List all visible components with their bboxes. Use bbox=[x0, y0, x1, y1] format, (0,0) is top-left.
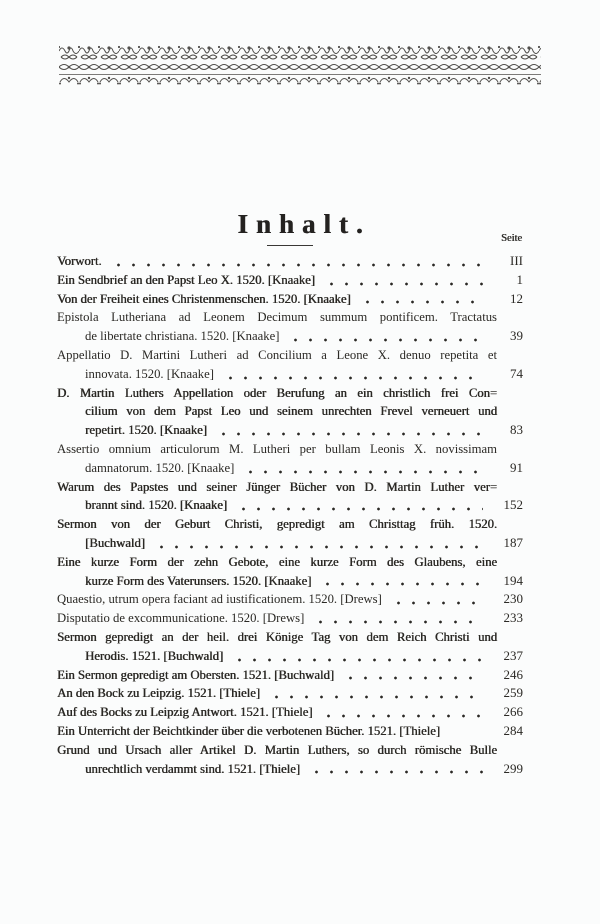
entry-line: Grund und Ursach aller Artikel D. Martin… bbox=[57, 741, 497, 760]
dot-leader bbox=[243, 470, 483, 474]
dot-leader bbox=[391, 601, 483, 605]
entry-line: Appellatio D. Martini Lutheri ad Concili… bbox=[57, 346, 497, 365]
entry-text: Herodis. 1521. [Buchwald] bbox=[85, 647, 223, 666]
entry-text: Disputatio de excommunicatione. 1520. [D… bbox=[57, 609, 304, 628]
entry-text: unrechtlich verdammt sind. 1521. [Thiele… bbox=[85, 760, 300, 779]
toc-entry: Ein Unterricht der Beichtkinder über die… bbox=[57, 722, 523, 741]
entry-text: de libertate christiana. 1520. [Knaake] bbox=[85, 327, 279, 346]
entry-last-line: innovata. 1520. [Knaake]74 bbox=[57, 365, 523, 384]
toc-entry: Grund und Ursach aller Artikel D. Martin… bbox=[57, 741, 523, 779]
entry-last-line: An den Bock zu Leipzig. 1521. [Thiele]25… bbox=[57, 684, 523, 703]
entry-last-line: de libertate christiana. 1520. [Knaake]3… bbox=[57, 327, 523, 346]
dot-leader bbox=[269, 695, 483, 699]
toc-entry: D. Martin Luthers Appellation oder Beruf… bbox=[57, 384, 523, 440]
entry-text: [Buchwald] bbox=[85, 534, 145, 553]
entry-last-line: Ein Sermon gepredigt am Obersten. 1521. … bbox=[57, 666, 523, 685]
entry-page-number: 266 bbox=[489, 703, 523, 722]
entry-text: brannt sind. 1520. [Knaake] bbox=[85, 496, 227, 515]
entry-page-number: 194 bbox=[489, 572, 523, 591]
entry-last-line: kurze Form des Vaterunsers. 1520. [Knaak… bbox=[57, 572, 523, 591]
entry-page-number: 246 bbox=[489, 666, 523, 685]
entry-line: Sermon gepredigt an der heil. drei König… bbox=[57, 628, 497, 647]
dot-leader bbox=[232, 658, 483, 662]
entry-text: Quaestio, utrum opera faciant ad iustifi… bbox=[57, 590, 382, 609]
entry-text: An den Bock zu Leipzig. 1521. [Thiele] bbox=[57, 684, 260, 703]
entry-text: Vorwort. bbox=[57, 252, 102, 271]
toc-entry: Eine kurze Form der zehn Gebote, eine ku… bbox=[57, 553, 523, 591]
entry-page-number: 1 bbox=[489, 271, 523, 290]
dot-leader bbox=[320, 582, 483, 586]
entry-page-number: 230 bbox=[489, 590, 523, 609]
toc-entry: Auf des Bocks zu Leipzig Antwort. 1521. … bbox=[57, 703, 523, 722]
entry-last-line: Vorwort.III bbox=[57, 252, 523, 271]
page-column-label: Seite bbox=[501, 233, 522, 244]
entry-line: D. Martin Luthers Appellation oder Beruf… bbox=[57, 384, 497, 403]
title-rule bbox=[267, 245, 313, 246]
entry-last-line: brannt sind. 1520. [Knaake]152 bbox=[57, 496, 523, 515]
entry-page-number: 259 bbox=[489, 684, 523, 703]
entry-page-number: 74 bbox=[489, 365, 523, 384]
entry-last-line: unrechtlich verdammt sind. 1521. [Thiele… bbox=[57, 760, 523, 779]
dot-leader bbox=[223, 376, 483, 380]
ornamental-border bbox=[59, 44, 541, 85]
entry-line: Assertio omnium articulorum M. Lutheri p… bbox=[57, 440, 497, 459]
dot-leader bbox=[309, 770, 483, 774]
entry-last-line: Auf des Bocks zu Leipzig Antwort. 1521. … bbox=[57, 703, 523, 722]
entry-last-line: Ein Sendbrief an den Papst Leo X. 1520. … bbox=[57, 271, 523, 290]
toc-entry: Von der Freiheit eines Christenmenschen.… bbox=[57, 290, 523, 309]
entry-text: Von der Freiheit eines Christenmenschen.… bbox=[57, 290, 351, 309]
entry-last-line: repetirt. 1520. [Knaake]83 bbox=[57, 421, 523, 440]
dot-leader bbox=[111, 263, 483, 267]
dot-leader bbox=[288, 338, 483, 342]
entry-text: damnatorum. 1520. [Knaake] bbox=[85, 459, 234, 478]
toc-entry: Quaestio, utrum opera faciant ad iustifi… bbox=[57, 590, 523, 609]
entry-last-line: Ein Unterricht der Beichtkinder über die… bbox=[57, 722, 523, 741]
entry-page-number: 187 bbox=[489, 534, 523, 553]
entry-text: repetirt. 1520. [Knaake] bbox=[85, 421, 207, 440]
entry-text: Ein Sendbrief an den Papst Leo X. 1520. … bbox=[57, 271, 315, 290]
entry-page-number: 12 bbox=[489, 290, 523, 309]
entry-line: Epistola Lutheriana ad Leonem Decimum su… bbox=[57, 308, 497, 327]
entry-page-number: 299 bbox=[489, 760, 523, 779]
entry-text: Auf des Bocks zu Leipzig Antwort. 1521. … bbox=[57, 703, 312, 722]
entry-text: innovata. 1520. [Knaake] bbox=[85, 365, 214, 384]
entry-text: Ein Unterricht der Beichtkinder über die… bbox=[57, 722, 440, 741]
entry-page-number: 284 bbox=[489, 722, 523, 741]
entry-text: kurze Form des Vaterunsers. 1520. [Knaak… bbox=[85, 572, 311, 591]
toc-entry: Appellatio D. Martini Lutheri ad Concili… bbox=[57, 346, 523, 384]
toc-entry: Warum des Papstes und seiner Jünger Büch… bbox=[57, 478, 523, 516]
entry-page-number: III bbox=[489, 252, 523, 271]
entry-line: Warum des Papstes und seiner Jünger Büch… bbox=[57, 478, 497, 497]
dot-leader bbox=[324, 282, 483, 286]
entry-last-line: [Buchwald]187 bbox=[57, 534, 523, 553]
toc-entry: Vorwort.III bbox=[57, 252, 523, 271]
dot-leader bbox=[360, 300, 483, 304]
entry-line: Sermon von der Geburt Christi, gepredigt… bbox=[57, 515, 497, 534]
ornamental-border-svg bbox=[59, 44, 541, 85]
dot-leader bbox=[313, 620, 483, 624]
toc-entry: Ein Sermon gepredigt am Obersten. 1521. … bbox=[57, 666, 523, 685]
toc-entry: Epistola Lutheriana ad Leonem Decimum su… bbox=[57, 308, 523, 346]
book-page: Inhalt. Seite Vorwort.IIIEin Sendbrief a… bbox=[0, 0, 600, 924]
entry-last-line: damnatorum. 1520. [Knaake]91 bbox=[57, 459, 523, 478]
entry-page-number: 237 bbox=[489, 647, 523, 666]
entry-line: cilium von dem Papst Leo und seinem unre… bbox=[57, 402, 497, 421]
entry-page-number: 83 bbox=[489, 421, 523, 440]
entry-page-number: 39 bbox=[489, 327, 523, 346]
dot-leader bbox=[444, 733, 483, 737]
entry-text: Ein Sermon gepredigt am Obersten. 1521. … bbox=[57, 666, 334, 685]
entry-page-number: 91 bbox=[489, 459, 523, 478]
entry-page-number: 233 bbox=[489, 609, 523, 628]
toc-entry: Sermon gepredigt an der heil. drei König… bbox=[57, 628, 523, 666]
dot-leader bbox=[321, 714, 483, 718]
toc-entry: An den Bock zu Leipzig. 1521. [Thiele]25… bbox=[57, 684, 523, 703]
entry-last-line: Quaestio, utrum opera faciant ad iustifi… bbox=[57, 590, 523, 609]
dot-leader bbox=[154, 545, 483, 549]
toc-entry: Disputatio de excommunicatione. 1520. [D… bbox=[57, 609, 523, 628]
toc-entry: Ein Sendbrief an den Papst Leo X. 1520. … bbox=[57, 271, 523, 290]
toc-entry: Assertio omnium articulorum M. Lutheri p… bbox=[57, 440, 523, 478]
dot-leader bbox=[343, 676, 483, 680]
entry-last-line: Herodis. 1521. [Buchwald]237 bbox=[57, 647, 523, 666]
entry-line: Eine kurze Form der zehn Gebote, eine ku… bbox=[57, 553, 497, 572]
toc-list: Vorwort.IIIEin Sendbrief an den Papst Le… bbox=[57, 252, 523, 778]
entry-last-line: Disputatio de excommunicatione. 1520. [D… bbox=[57, 609, 523, 628]
entry-page-number: 152 bbox=[489, 496, 523, 515]
dot-leader bbox=[236, 507, 483, 511]
entry-last-line: Von der Freiheit eines Christenmenschen.… bbox=[57, 290, 523, 309]
toc-entry: Sermon von der Geburt Christi, gepredigt… bbox=[57, 515, 523, 553]
dot-leader bbox=[216, 432, 483, 436]
